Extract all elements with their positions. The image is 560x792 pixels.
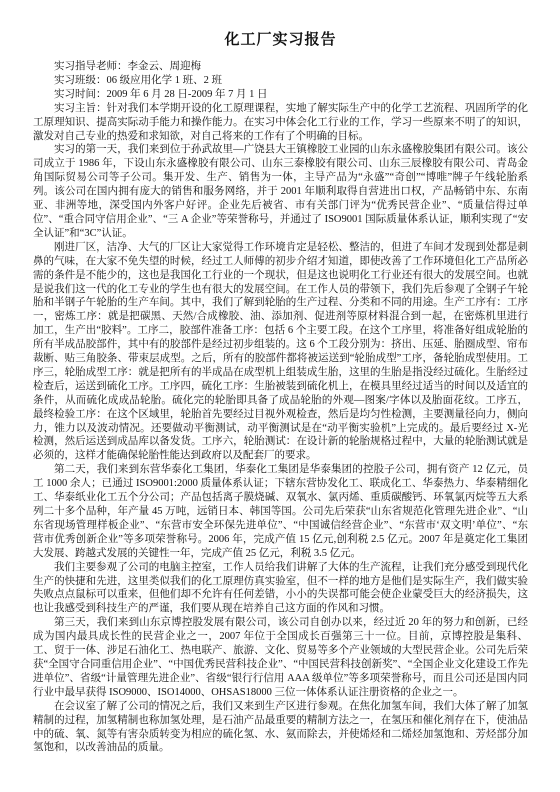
paragraph-hydrogenation-workshop: 在会议室了解了公司的情况之后，我们又来到生产区进行参观。在焦化加氢车间，我们大体… [33, 700, 528, 756]
paragraph-day3-jingbo: 第三天，我们来到山东京博控股发展有限公司，该公司自创办以来，经过近 20 年的努… [33, 616, 528, 699]
meta-line-class: 实习班级：06 级应用化学 1 班、2 班 [33, 74, 528, 88]
paragraph-day2-huatai: 第二天，我们来到东营华泰化工集团，华泰化工集团是华泰集团的控股子公司，拥有资产 … [33, 463, 528, 560]
report-page: 化工厂实习报告 实习指导老师：李金云、周迎梅 实习班级：06 级应用化学 1 班… [0, 0, 560, 792]
paragraph-purpose: 实习主旨：针对我们本学期开设的化工原理课程，实地了解实际生产中的化学工艺流程、巩… [33, 102, 528, 144]
document-title: 化工厂实习报告 [33, 30, 528, 50]
paragraph-control-room: 我们主要参观了公司的电脑主控室，工作人员给我们讲解了大体的生产流程，让我们充分感… [33, 561, 528, 617]
paragraph-factory-tour-tire-process: 刚进厂区，洁净、大气的厂区让大家觉得工作环境肯定是轻松、整洁的，但进了车间才发现… [33, 241, 528, 464]
document-body: 实习指导老师：李金云、周迎梅 实习班级：06 级应用化学 1 班、2 班 实习时… [33, 60, 528, 755]
paragraph-day1-yongsheng-intro: 实习的第一天，我们来到位于孙武故里—广饶县大王镇橡胶工业园的山东永盛橡胶集团有限… [33, 143, 528, 240]
meta-line-time: 实习时间：2009 年 6 月 28 日-2009 年 7 月 1 日 [33, 88, 528, 102]
meta-line-instructor: 实习指导老师：李金云、周迎梅 [33, 60, 528, 74]
